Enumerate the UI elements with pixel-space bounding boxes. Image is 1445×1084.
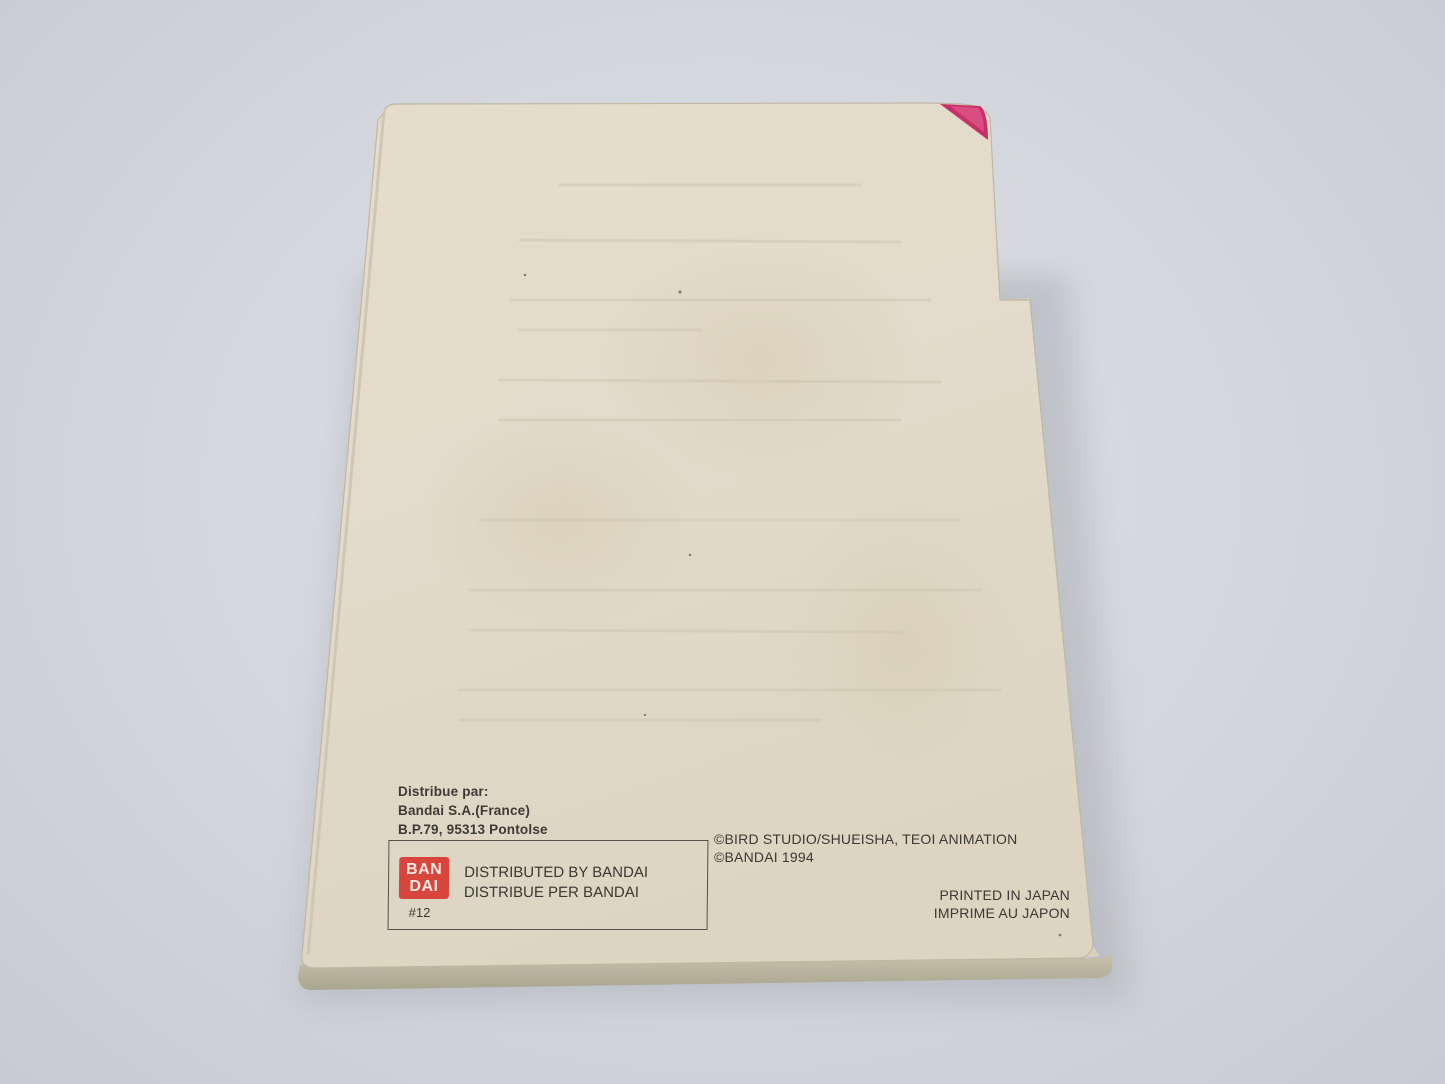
distribution-line: DISTRIBUTED BY BANDAI — [464, 863, 648, 883]
printed-line: IMPRIME AU JAPON — [905, 904, 1070, 922]
booklet: Distribue par: Bandai S.A.(France) B.P.7… — [0, 0, 1445, 1084]
printed-line: PRINTED IN JAPAN — [905, 886, 1070, 904]
distribution-line: DISTRIBUE PER BANDAI — [464, 883, 648, 903]
printed-in-notice: PRINTED IN JAPAN IMPRIME AU JAPON — [905, 886, 1070, 922]
copyright-notice: ©BIRD STUDIO/SHUEISHA, TEOI ANIMATION ©B… — [714, 830, 1017, 866]
distributor-line: Distribue par: — [398, 782, 548, 801]
copyright-line: ©BANDAI 1994 — [714, 848, 1017, 866]
booklet-shape — [0, 0, 1445, 1084]
distribution-box: BAN DAI DISTRIBUTED BY BANDAI DISTRIBUE … — [388, 840, 709, 930]
distributor-address: Distribue par: Bandai S.A.(France) B.P.7… — [398, 782, 548, 839]
copyright-line: ©BIRD STUDIO/SHUEISHA, TEOI ANIMATION — [714, 830, 1017, 848]
bandai-logo: BAN DAI — [399, 857, 449, 899]
distributor-line: B.P.79, 95313 Pontolse — [398, 820, 548, 839]
distributor-line: Bandai S.A.(France) — [398, 801, 548, 820]
item-number: #12 — [409, 905, 431, 920]
logo-line: BAN — [399, 861, 449, 878]
distribution-text: DISTRIBUTED BY BANDAI DISTRIBUE PER BAND… — [464, 863, 648, 903]
logo-line: DAI — [399, 878, 449, 895]
